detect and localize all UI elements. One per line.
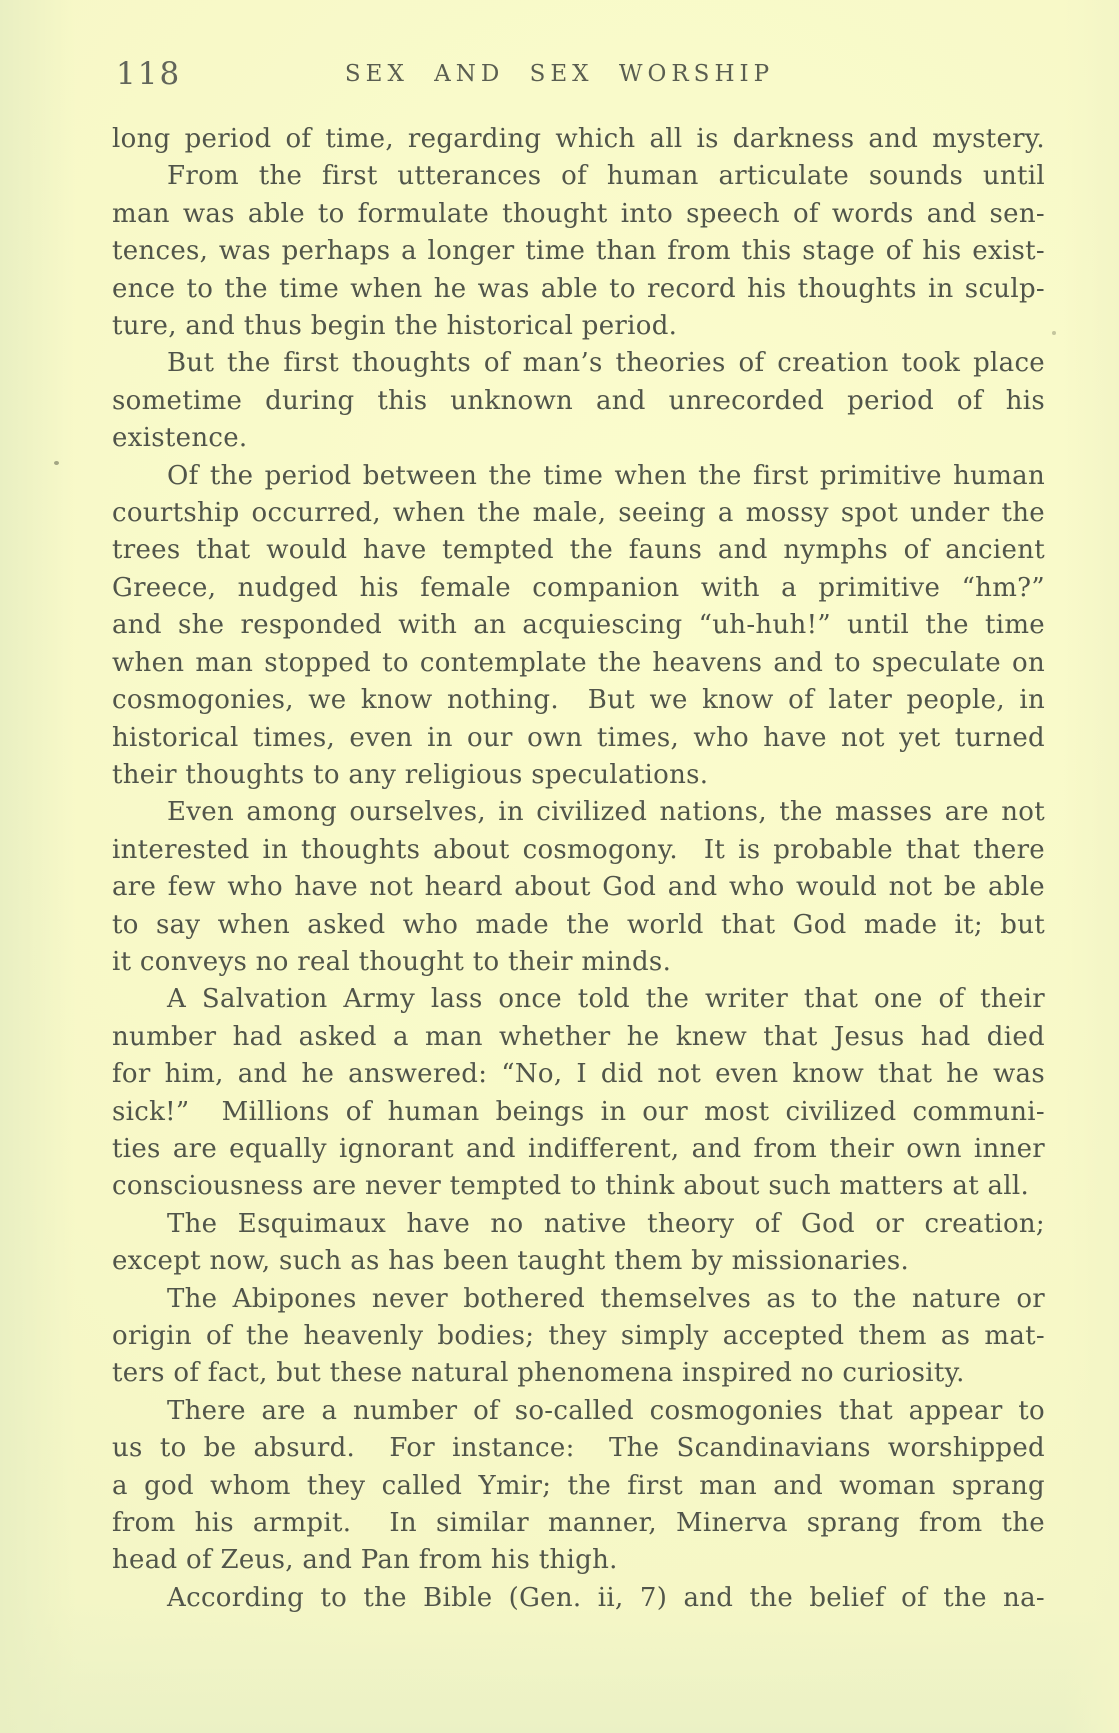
text-line: ters of fact, but these natural phenomen… — [112, 1355, 1045, 1392]
book-page: 118 SEX AND SEX WORSHIP long period of t… — [0, 0, 1119, 1733]
text-line: when man stopped to contemplate the heav… — [112, 645, 1045, 682]
text-line: to say when asked who made the world tha… — [112, 907, 1045, 944]
text-line: ties are equally ignorant and indifferen… — [112, 1131, 1045, 1168]
scan-speck — [1052, 331, 1056, 335]
page-body: long period of time, regarding which all… — [112, 121, 1045, 1617]
text-line: ture, and thus begin the historical peri… — [112, 308, 1045, 345]
text-line: sick!” Millions of human beings in our m… — [112, 1094, 1045, 1131]
text-line: According to the Bible (Gen. ii, 7) and … — [112, 1580, 1045, 1617]
text-line: Of the period between the time when the … — [112, 458, 1045, 495]
text-line: for him, and he answered: “No, I did not… — [112, 1056, 1045, 1093]
text-line: trees that would have tempted the fauns … — [112, 532, 1045, 569]
text-line: their thoughts to any religious speculat… — [112, 757, 1045, 794]
text-line: interested in thoughts about cosmogony. … — [112, 832, 1045, 869]
text-line: long period of time, regarding which all… — [112, 121, 1045, 158]
scan-speck — [54, 461, 59, 465]
text-line: A Salvation Army lass once told the writ… — [112, 981, 1045, 1018]
text-line: are few who have not heard about God and… — [112, 869, 1045, 906]
text-line: Greece, nudged his female companion with… — [112, 570, 1045, 607]
text-line: cosmogonies, we know nothing. But we kno… — [112, 682, 1045, 719]
text-line: existence. — [112, 420, 1045, 457]
text-line: number had asked a man whether he knew t… — [112, 1019, 1045, 1056]
text-line: from his armpit. In similar manner, Mine… — [112, 1505, 1045, 1542]
text-line: Even among ourselves, in civilized natio… — [112, 794, 1045, 831]
text-line: and she responded with an acquiescing “u… — [112, 607, 1045, 644]
text-line: tences, was perhaps a longer time than f… — [112, 233, 1045, 270]
text-line: The Esquimaux have no native theory of G… — [112, 1206, 1045, 1243]
text-line: courtship occurred, when the male, seein… — [112, 495, 1045, 532]
text-line: historical times, even in our own times,… — [112, 720, 1045, 757]
text-line: a god whom they called Ymir; the first m… — [112, 1468, 1045, 1505]
text-line: head of Zeus, and Pan from his thigh. — [112, 1542, 1045, 1579]
text-line: But the first thoughts of man’s theories… — [112, 345, 1045, 382]
text-line: From the first utterances of human artic… — [112, 158, 1045, 195]
text-line: man was able to formulate thought into s… — [112, 196, 1045, 233]
text-line: sometime during this unknown and unrecor… — [112, 383, 1045, 420]
text-line: consciousness are never tempted to think… — [112, 1168, 1045, 1205]
text-line: except now, such as has been taught them… — [112, 1243, 1045, 1280]
text-line: us to be absurd. For instance: The Scand… — [112, 1430, 1045, 1467]
running-header: SEX AND SEX WORSHIP — [0, 61, 1119, 87]
text-line: ence to the time when he was able to rec… — [112, 271, 1045, 308]
text-line: There are a number of so-called cosmogon… — [112, 1393, 1045, 1430]
text-line: origin of the heavenly bodies; they simp… — [112, 1318, 1045, 1355]
text-line: it conveys no real thought to their mind… — [112, 944, 1045, 981]
text-line: The Abipones never bothered themselves a… — [112, 1281, 1045, 1318]
